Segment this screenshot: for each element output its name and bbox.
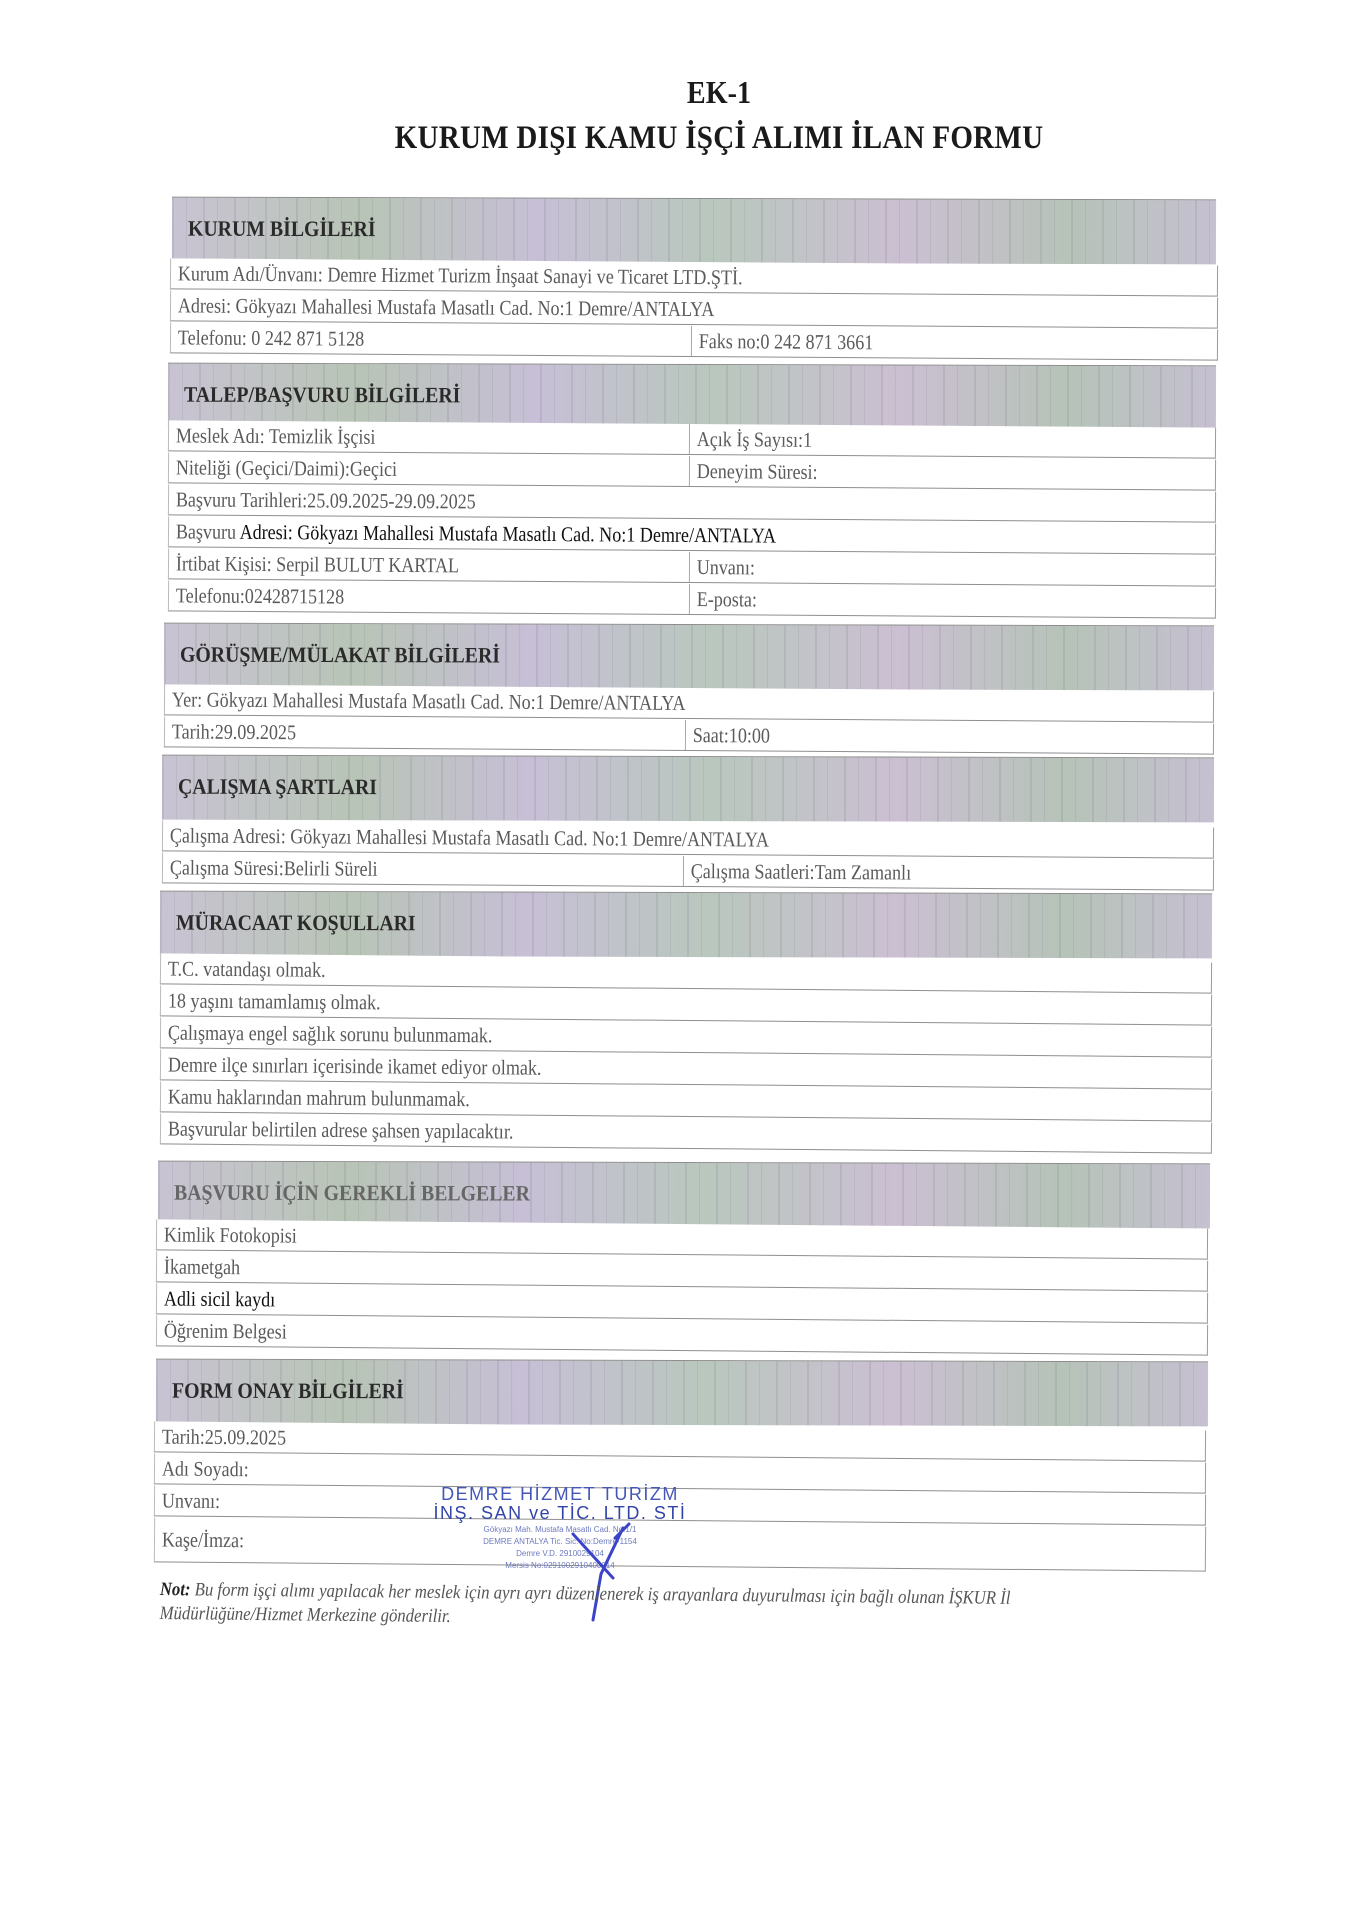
- basvuru-adresi-value: Adresi: Gökyazı Mahallesi Mustafa Masatl…: [240, 520, 777, 548]
- basvuru-adresi-field: Başvuru Adresi: Gökyazı Mahallesi Mustaf…: [169, 516, 776, 550]
- onay-tarihi-field: Tarih:25.09.2025: [155, 1421, 286, 1452]
- stamp-line: İNŞ. SAN ve TİC. LTD. STİ: [400, 1503, 720, 1524]
- kurum-adi-field: Kurum Adı/Ünvanı: Demre Hizmet Turizm İn…: [171, 258, 743, 292]
- onay-unvani-field: Unvanı:: [155, 1485, 220, 1516]
- adres-field: Adresi: Gökyazı Mahallesi Mustafa Masatl…: [171, 290, 715, 324]
- stamp-line: DEMRE ANTALYA Tic. Sic. No:Demre-1154: [400, 1536, 720, 1548]
- section-title: FORM ONAY BİLGİLERİ: [172, 1378, 404, 1405]
- calisma-suresi-field: Çalışma Süresi:Belirli Süreli: [163, 852, 378, 883]
- section-calisma-sartlari: ÇALIŞMA ŞARTLARI: [162, 755, 1214, 823]
- section-gerekli-belgeler: BAŞVURU İÇİN GEREKLİ BELGELER: [158, 1161, 1210, 1229]
- stamp-line: DEMRE HİZMET TURİZM: [400, 1484, 720, 1505]
- section-title: BAŞVURU İÇİN GEREKLİ BELGELER: [174, 1180, 530, 1207]
- eposta-field: E-posta:: [689, 584, 757, 614]
- company-stamp: DEMRE HİZMET TURİZM İNŞ. SAN ve TİC. LTD…: [400, 1484, 720, 1572]
- section-form-onay: FORM ONAY BİLGİLERİ: [156, 1359, 1208, 1427]
- section-title: MÜRACAAT KOŞULLARI: [176, 910, 416, 937]
- unvani-field: Unvanı:: [689, 552, 755, 582]
- section-title: ÇALIŞMA ŞARTLARI: [178, 774, 377, 801]
- basvuru-adresi-prefix: Başvuru: [176, 519, 240, 543]
- form-note: Not: Bu form işçi alımı yapılacak her me…: [159, 1578, 1092, 1636]
- section-muracaat-kosullari: MÜRACAAT KOŞULLARI: [160, 891, 1212, 959]
- niteligi-field: Niteliği (Geçici/Daimi):Geçici: [169, 452, 397, 484]
- stamp-line: Mersis No:0291002910400014: [400, 1560, 720, 1572]
- adi-soyadi-field: Adı Soyadı:: [155, 1453, 249, 1484]
- form-row-calisma-suresi: Çalışma Süresi:Belirli Süreli Çalışma Sa…: [162, 852, 1214, 890]
- faks-field: Faks no:0 242 871 3661: [691, 326, 874, 357]
- form-row-iletisim: Telefonu:02428715128 E-posta:: [168, 580, 1216, 618]
- section-title: TALEP/BAŞVURU BİLGİLERİ: [184, 382, 460, 409]
- calisma-adresi-field: Çalışma Adresi: Gökyazı Mahallesi Mustaf…: [163, 820, 769, 854]
- stamp-line: Gökyazı Mah. Mustafa Masatlı Cad. No:1/1: [400, 1524, 720, 1536]
- calisma-saatleri-field: Çalışma Saatleri:Tam Zamanlı: [683, 856, 911, 888]
- stamp-line: Demre V.D. 2910029104: [400, 1548, 720, 1560]
- job-posting-form: KURUM BİLGİLERİ Kurum Adı/Ünvanı: Demre …: [0, 0, 1358, 1920]
- meslek-adi-field: Meslek Adı: Temizlik İşçisi: [169, 420, 376, 451]
- form-row-telefon-faks: Telefonu: 0 242 871 5128 Faks no:0 242 8…: [170, 322, 1218, 360]
- note-text: Bu form işçi alımı yapılacak her meslek …: [160, 1579, 1011, 1627]
- section-talep-basvuru: TALEP/BAŞVURU BİLGİLERİ: [168, 363, 1216, 431]
- irtibat-telefon-field: Telefonu:02428715128: [169, 580, 344, 611]
- telefon-field: Telefonu: 0 242 871 5128: [171, 322, 364, 353]
- mulakat-saati-field: Saat:10:00: [685, 720, 770, 751]
- acik-is-sayisi-field: Açık İş Sayısı:1: [689, 424, 812, 455]
- kase-imza-field: Kaşe/İmza:: [155, 1517, 244, 1562]
- deneyim-suresi-field: Deneyim Süresi:: [689, 456, 818, 487]
- section-title: GÖRÜŞME/MÜLAKAT BİLGİLERİ: [180, 642, 500, 669]
- section-kurum-bilgileri: KURUM BİLGİLERİ: [172, 197, 1216, 265]
- mulakat-tarihi-field: Tarih:29.09.2025: [165, 716, 296, 747]
- section-title: KURUM BİLGİLERİ: [188, 216, 376, 242]
- section-gorusme-mulakat: GÖRÜŞME/MÜLAKAT BİLGİLERİ: [164, 623, 1214, 691]
- form-row-tarih-saat: Tarih:29.09.2025 Saat:10:00: [164, 716, 1214, 754]
- basvuru-tarihleri-field: Başvuru Tarihleri:25.09.2025-29.09.2025: [169, 484, 476, 516]
- irtibat-kisisi-field: İrtibat Kişisi: Serpil BULUT KARTAL: [169, 548, 459, 580]
- mulakat-yeri-field: Yer: Gökyazı Mahallesi Mustafa Masatlı C…: [165, 684, 686, 718]
- note-label: Not:: [160, 1579, 191, 1600]
